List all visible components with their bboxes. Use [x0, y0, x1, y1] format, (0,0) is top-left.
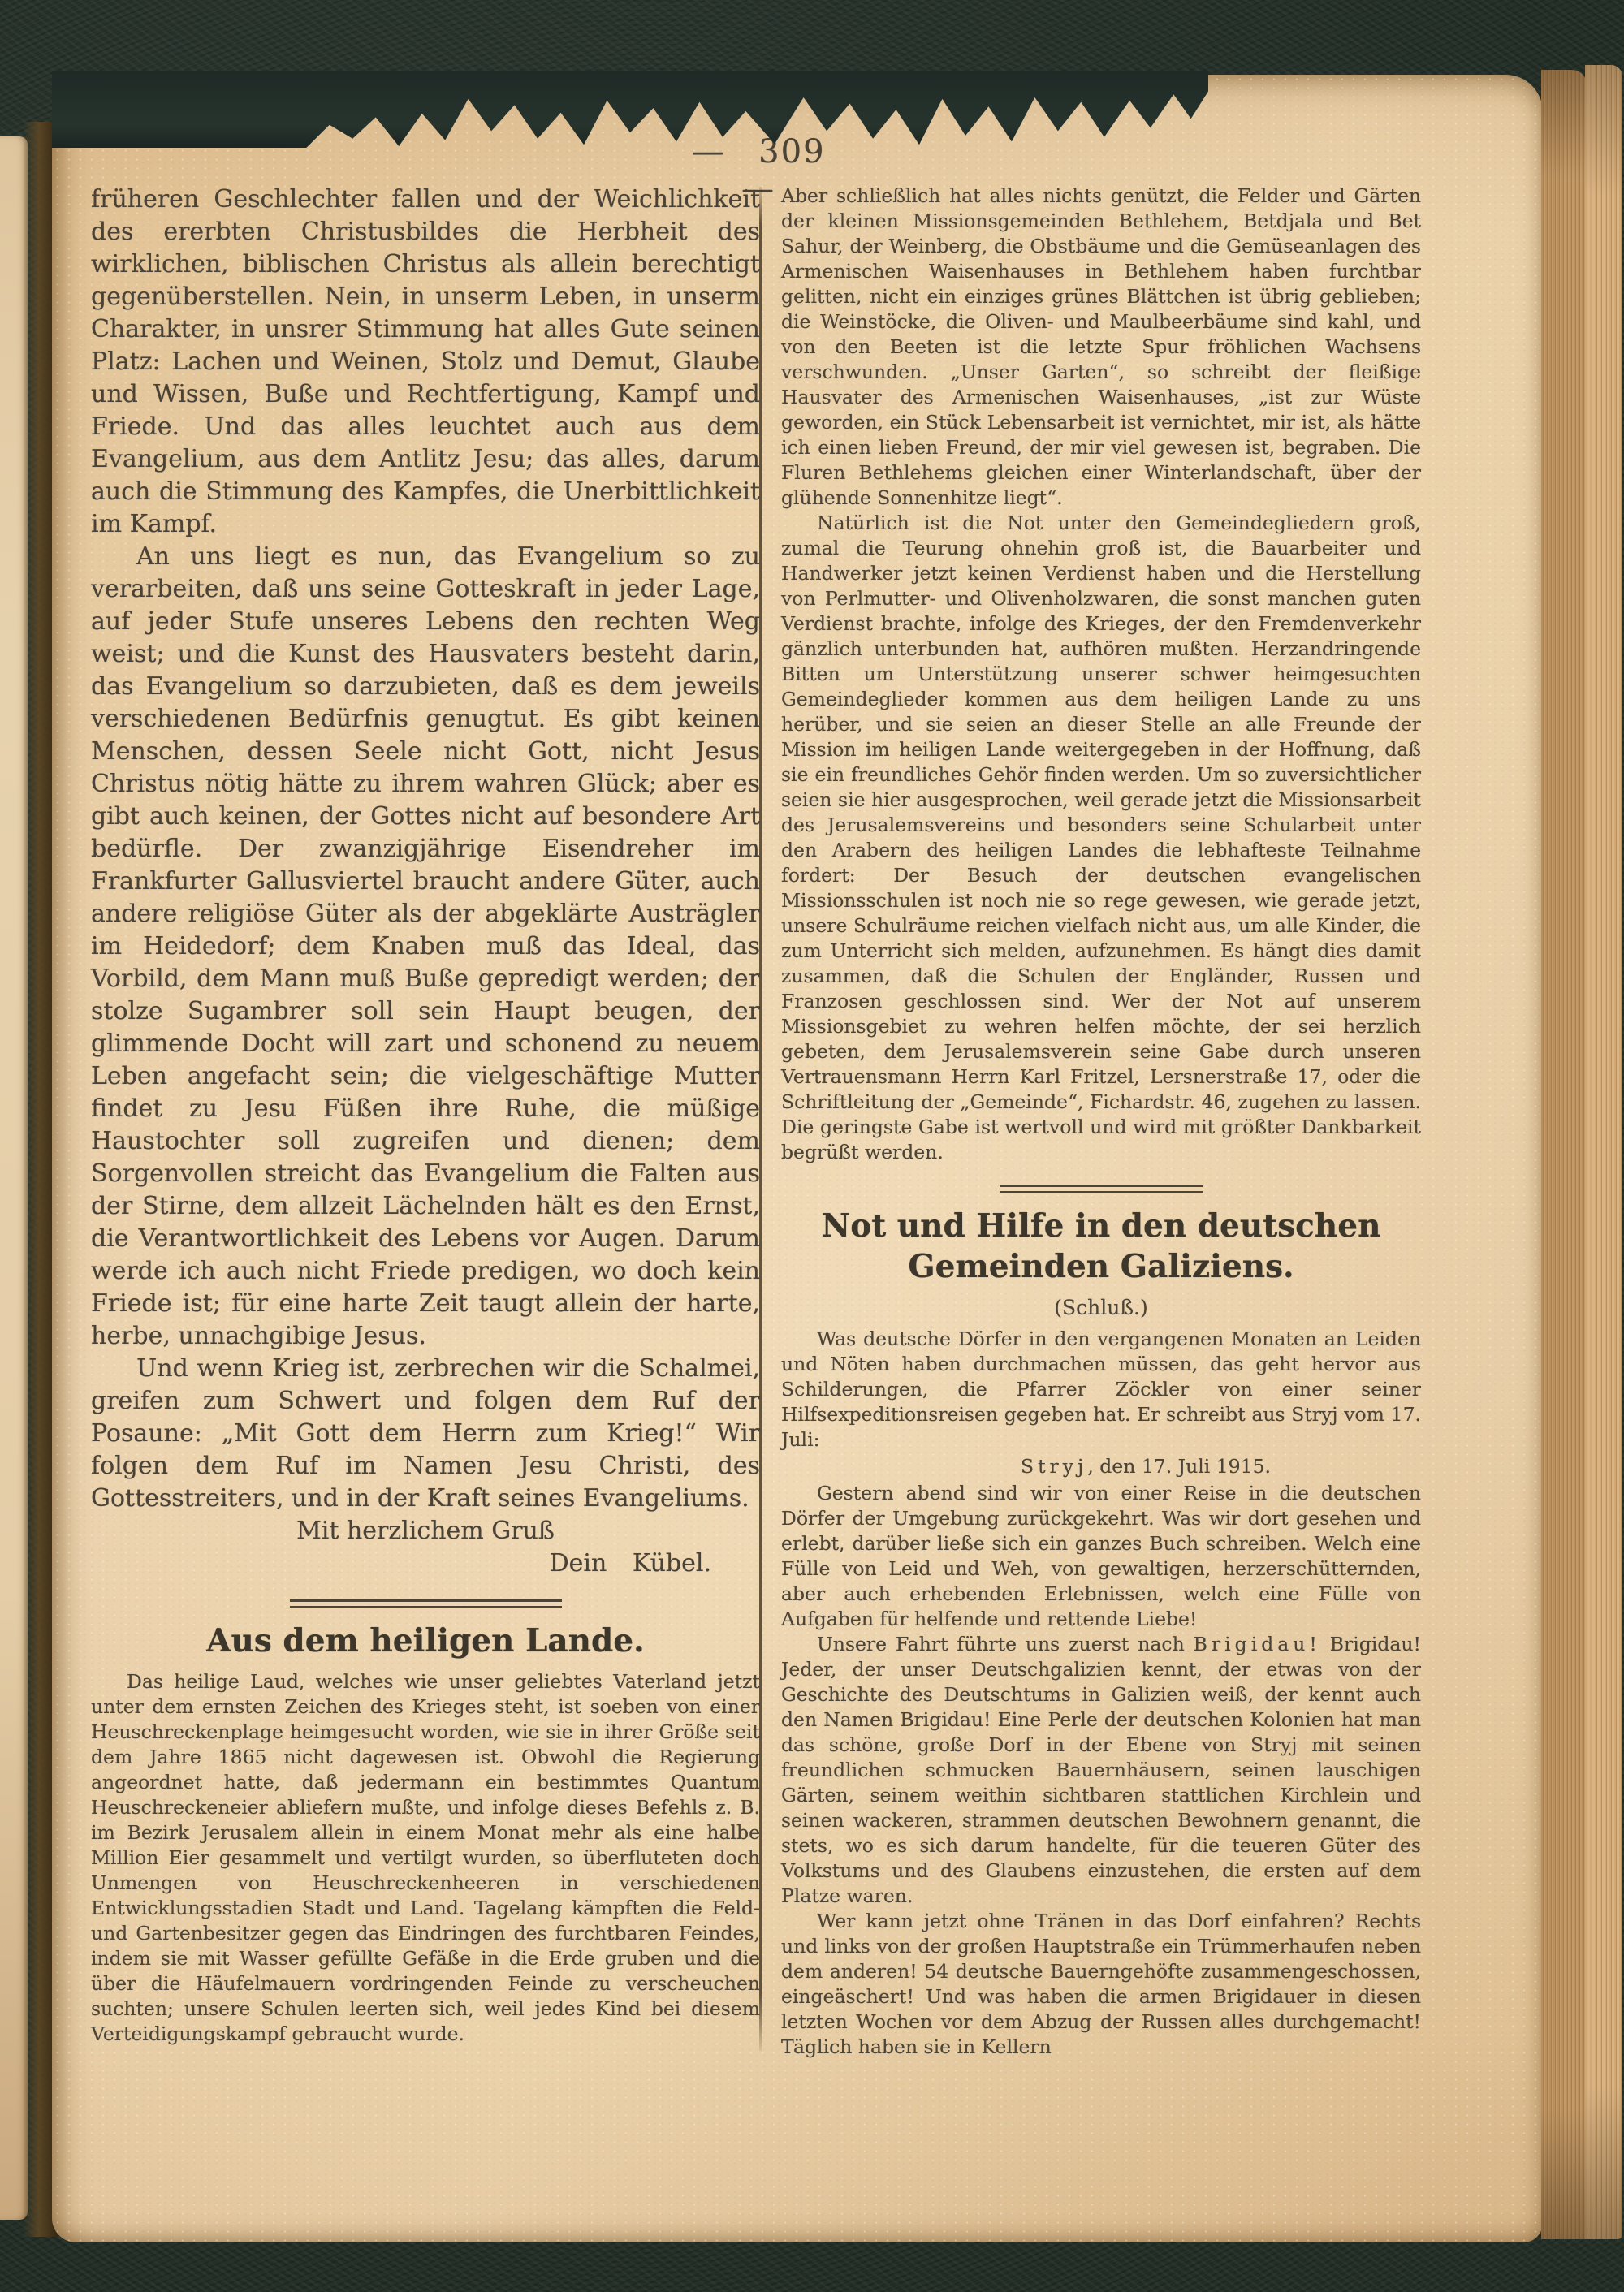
section-heading: Aus dem heiligen Lande.: [91, 1621, 760, 1661]
article-paragraph: Was deutsche Dörfer in den vergangenen M…: [781, 1327, 1421, 1452]
letter-paragraph: Und wenn Krieg ist, zerbrechen wir die S…: [91, 1353, 760, 1515]
text-segment: , den 17. Juli 1915.: [1087, 1455, 1271, 1478]
letter-paragraph: früheren Geschlechter fallen und der Wei…: [91, 183, 760, 541]
scanned-book-spread: — 309 — früheren Geschlechter fallen und…: [0, 0, 1624, 2292]
emphasized-text: Brigidau!: [1194, 1633, 1321, 1655]
right-column: Aber schließlich hat alles nichts genütz…: [781, 183, 1421, 2060]
text-segment: Brigidau! Jeder, der unser Deutschgalizi…: [781, 1633, 1421, 1907]
letter-signature: Dein Kübel.: [91, 1547, 760, 1580]
section-divider: [1000, 1185, 1203, 1193]
page-stack-edge-inner: [1541, 70, 1587, 2239]
book-page: — 309 — früheren Geschlechter fallen und…: [52, 75, 1543, 2242]
letter-signoff: Mit herzlichem Gruß: [91, 1515, 760, 1547]
article-paragraph: Unsere Fahrt führte uns zuerst nach Brig…: [781, 1632, 1421, 1909]
article-paragraph: Wer kann jetzt ohne Tränen in das Dorf e…: [781, 1909, 1421, 2060]
article-paragraph: Aber schließlich hat alles nichts genütz…: [781, 183, 1421, 511]
letter-dateline: Stryj, den 17. Juli 1915.: [781, 1454, 1421, 1479]
article-paragraph: Gestern abend sind wir von einer Reise i…: [781, 1481, 1421, 1632]
page-stack-edge-outer: [1585, 65, 1622, 2239]
section-subheading: (Schluß.): [781, 1295, 1421, 1320]
section-divider: [290, 1599, 562, 1608]
left-column: früheren Geschlechter fallen und der Wei…: [91, 183, 760, 2047]
article-paragraph: Das heilige Laud, welches wie unser geli…: [91, 1669, 760, 2047]
emphasized-text: Stryj: [1021, 1455, 1087, 1478]
text-segment: Unsere Fahrt führte uns zuerst nach: [817, 1633, 1194, 1655]
letter-paragraph: An uns liegt es nun, das Evangelium so z…: [91, 541, 760, 1353]
article-paragraph: Natürlich ist die Not unter den Gemeinde…: [781, 511, 1421, 1165]
section-heading: Not und Hilfe in den deutschen Gemeinden…: [781, 1206, 1421, 1287]
